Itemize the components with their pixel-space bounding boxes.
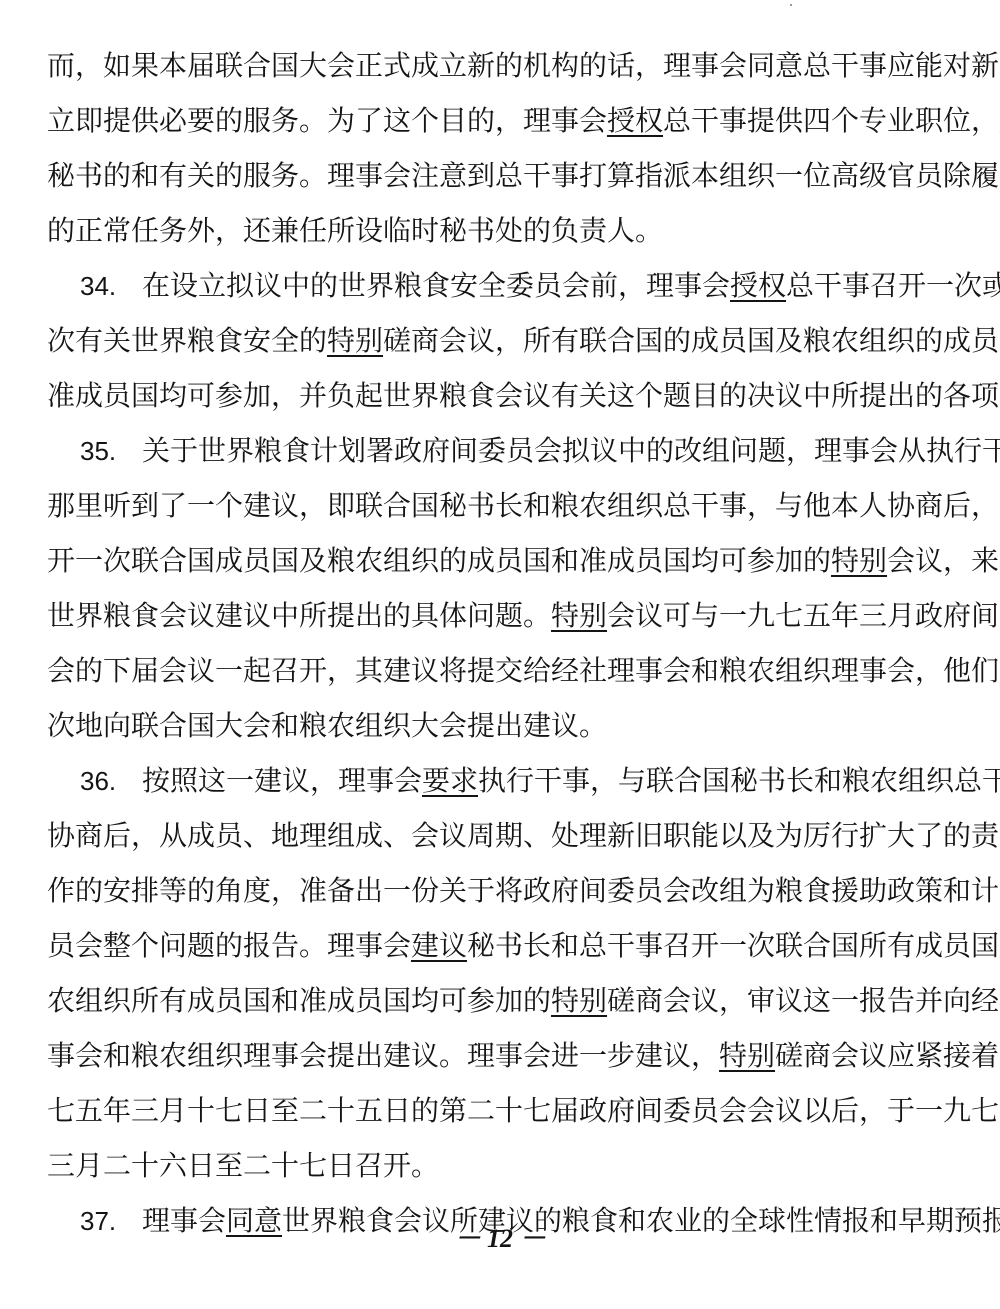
text-line: 而，如果本届联合国大会正式成立新的机构的话，理事会同意总干事应能对新机构 [47,46,947,86]
text-segment: 关于世界粮食计划署政府间委员会拟议中的改组问题，理事会从执行干事 [142,434,1000,467]
scan-speck [712,670,714,672]
text-segment: 秘书长和总干事召开一次联合国所有成员国和粮 [467,929,1000,962]
text-segment: 按照这一建议，理事会 [142,764,422,797]
text-segment: 次有关世界粮食安全的 [47,324,327,357]
underlined-term: 授权 [607,104,663,137]
text-segment: 的正常任务外，还兼任所设临时秘书处的负责人。 [47,214,663,247]
text-line: 准成员国均可参加，并负起世界粮食会议有关这个题目的决议中所提出的各项职责。 [47,376,947,416]
text-line: 开一次联合国成员国及粮农组织的成员国和准成员国均可参加的特别会议，来考虑 [47,541,947,581]
paragraph-start-line: 35.关于世界粮食计划署政府间委员会拟议中的改组问题，理事会从执行干事 [80,431,947,471]
text-segment: 事会和粮农组织理事会提出建议。理事会进一步建议， [47,1039,719,1072]
page-number: － 12 － [0,1218,1000,1255]
underlined-term: 要求 [422,764,478,797]
text-line: 事会和粮农组织理事会提出建议。理事会进一步建议，特别磋商会议应紧接着一九 [47,1036,947,1076]
text-segment: 七五年三月十七日至二十五日的第二十七届政府间委员会会议以后，于一九七五年 [47,1094,1000,1127]
text-segment: 而，如果本届联合国大会正式成立新的机构的话，理事会同意总干事应能对新机构 [47,49,1000,82]
text-line: 秘书的和有关的服务。理事会注意到总干事打算指派本组织一位高级官员除履行他 [47,156,947,196]
text-segment: 会议，来考虑 [887,544,1000,577]
text-line: 作的安排等的角度，准备出一份关于将政府间委员会改组为粮食援助政策和计划委 [47,871,947,911]
underlined-term: 特别 [327,324,383,357]
text-segment: 执行干事，与联合国秘书长和粮农组织总干事 [478,764,1000,797]
text-segment: 次地向联合国大会和粮农组织大会提出建议。 [47,709,607,742]
scan-speck [790,4,792,6]
text-line: 会的下届会议一起召开，其建议将提交给经社理事会和粮农组织理事会，他们将依 [47,651,947,691]
text-line: 七五年三月十七日至二十五日的第二十七届政府间委员会会议以后，于一九七五年 [47,1091,947,1131]
text-segment: 总干事提供四个专业职位，加上 [663,104,1000,137]
text-line: 协商后，从成员、地理组成、会议周期、处理新旧职能以及为厉行扩大了的责任而 [47,816,947,856]
text-segment: 开一次联合国成员国及粮农组织的成员国和准成员国均可参加的 [47,544,831,577]
underlined-term: 特别 [831,544,887,577]
paragraph-start-line: 36.按照这一建议，理事会要求执行干事，与联合国秘书长和粮农组织总干事 [80,761,947,801]
text-segment: 世界粮食会议建议中所提出的具体问题。 [47,599,551,632]
text-segment: 三月二十六日至二十七日召开。 [47,1149,439,1182]
text-line: 的正常任务外，还兼任所设临时秘书处的负责人。 [47,211,947,251]
text-segment: 磋商会议，审议这一报告并向经社理 [607,984,1000,1017]
text-segment: 会的下届会议一起召开，其建议将提交给经社理事会和粮农组织理事会，他们将依 [47,654,1000,687]
paragraph-number: 34. [80,266,142,306]
text-segment: 协商后，从成员、地理组成、会议周期、处理新旧职能以及为厉行扩大了的责任而 [47,819,1000,852]
underlined-term: 特别 [551,984,607,1017]
text-segment: 在设立拟议中的世界粮食安全委员会前，理事会 [142,269,730,302]
text-line: 次有关世界粮食安全的特别磋商会议，所有联合国的成员国及粮农组织的成员国和 [47,321,947,361]
underlined-term: 特别 [551,599,607,632]
text-line: 世界粮食会议建议中所提出的具体问题。特别会议可与一九七五年三月政府间委员 [47,596,947,636]
text-segment: 作的安排等的角度，准备出一份关于将政府间委员会改组为粮食援助政策和计划委 [47,874,1000,907]
text-segment: 磋商会议，所有联合国的成员国及粮农组织的成员国和 [383,324,1000,357]
text-segment: 会议可与一九七五年三月政府间委员 [607,599,1000,632]
text-segment: 员会整个问题的报告。理事会 [47,929,411,962]
text-segment: 立即提供必要的服务。为了这个目的，理事会 [47,104,607,137]
text-line: 员会整个问题的报告。理事会建议秘书长和总干事召开一次联合国所有成员国和粮 [47,926,947,966]
text-line: 三月二十六日至二十七日召开。 [47,1146,947,1186]
paragraph-number: 36. [80,761,142,801]
text-segment: 农组织所有成员国和准成员国均可参加的 [47,984,551,1017]
underlined-term: 建议 [411,929,467,962]
text-line: 农组织所有成员国和准成员国均可参加的特别磋商会议，审议这一报告并向经社理 [47,981,947,1021]
paragraph-number: 35. [80,431,142,471]
text-segment: 总干事召开一次或几 [786,269,1000,302]
text-line: 那里听到了一个建议，即联合国秘书长和粮农组织总干事，与他本人协商后，应召 [47,486,947,526]
text-segment: 准成员国均可参加，并负起世界粮食会议有关这个题目的决议中所提出的各项职责。 [47,379,1000,412]
text-line: 次地向联合国大会和粮农组织大会提出建议。 [47,706,947,746]
text-segment: 那里听到了一个建议，即联合国秘书长和粮农组织总干事，与他本人协商后，应召 [47,489,1000,522]
underlined-term: 特别 [719,1039,775,1072]
paragraph-start-line: 34.在设立拟议中的世界粮食安全委员会前，理事会授权总干事召开一次或几 [80,266,947,306]
text-segment: 磋商会议应紧接着一九 [775,1039,1000,1072]
text-segment: 秘书的和有关的服务。理事会注意到总干事打算指派本组织一位高级官员除履行他 [47,159,1000,192]
document-page: 而，如果本届联合国大会正式成立新的机构的话，理事会同意总干事应能对新机构立即提供… [0,0,1000,1309]
underlined-term: 授权 [730,269,786,302]
text-line: 立即提供必要的服务。为了这个目的，理事会授权总干事提供四个专业职位，加上 [47,101,947,141]
